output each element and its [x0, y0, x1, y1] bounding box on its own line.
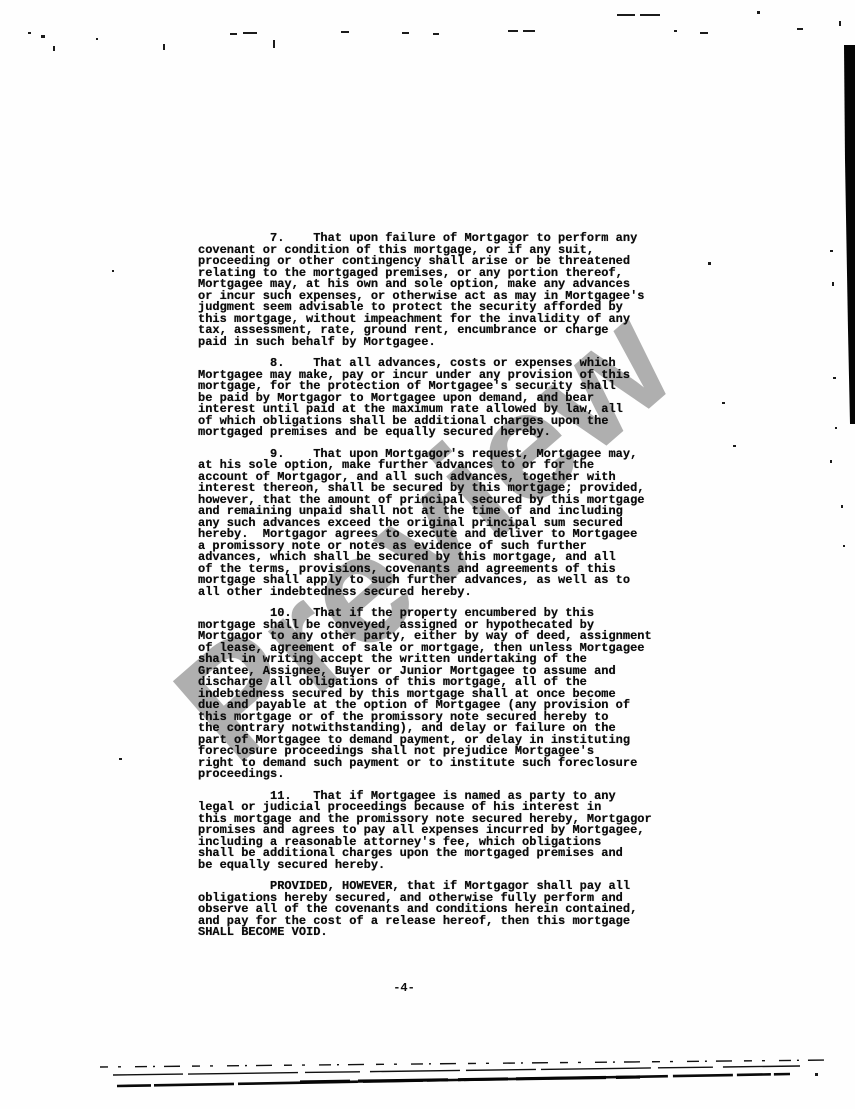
- document-text-block: 7. That upon failure of Mortgagor to per…: [198, 233, 652, 949]
- clause-8-paragraph: 8. That all advances, costs or expenses …: [198, 358, 652, 439]
- page-number: -4-: [198, 981, 610, 995]
- clause-7-paragraph: 7. That upon failure of Mortgagor to per…: [198, 233, 652, 348]
- scan-artifact: [833, 377, 836, 379]
- scan-artifact: [41, 35, 45, 38]
- scan-artifact: [708, 262, 711, 265]
- scan-artifact: [119, 758, 122, 760]
- scan-artifact: [617, 14, 635, 16]
- scan-artifact: [797, 28, 803, 30]
- scan-artifact: [112, 270, 114, 272]
- scan-artifact: [733, 445, 736, 447]
- scan-artifact: [839, 21, 841, 26]
- scan-artifact: [230, 33, 237, 35]
- scan-artifact: [700, 32, 708, 34]
- scan-artifact: [163, 44, 165, 50]
- scan-artifact: [28, 32, 31, 34]
- clause-10-paragraph: 10. That if the property encumbered by t…: [198, 608, 652, 781]
- scan-artifact: [402, 32, 409, 34]
- scan-artifact: [841, 505, 843, 508]
- scan-artifact: [508, 30, 518, 32]
- bottom-scan-line-heavy-overlay: [300, 1077, 640, 1082]
- scan-artifact: [674, 30, 677, 32]
- scan-artifact: [832, 282, 834, 286]
- bottom-scan-line-thick: [117, 1074, 790, 1086]
- scan-artifact: [341, 31, 349, 33]
- scan-artifact: [96, 38, 98, 40]
- clause-11-paragraph: 11. That if Mortgagee is named as party …: [198, 791, 652, 872]
- right-edge-scan-bar: [844, 45, 855, 424]
- scan-artifact: [835, 427, 837, 429]
- scan-artifact: [640, 14, 660, 16]
- scan-artifact: [243, 32, 257, 34]
- scan-artifact: [722, 402, 725, 404]
- provided-however-paragraph: PROVIDED, HOWEVER, that if Mortgagor sha…: [198, 881, 652, 939]
- scanned-document-page: Preview 7. That upon failure of Mortgago…: [0, 0, 855, 1109]
- scan-artifact: [757, 11, 760, 14]
- scan-artifact: [523, 30, 535, 32]
- scan-artifact: [53, 46, 55, 51]
- scan-artifact: [830, 250, 833, 252]
- scan-artifact: [843, 545, 845, 547]
- bottom-scan-line-thin: [113, 1066, 800, 1075]
- scan-artifact: [433, 33, 439, 35]
- scan-artifact: [830, 460, 832, 463]
- clause-9-paragraph: 9. That upon Mortgagor's request, Mortga…: [198, 449, 652, 599]
- scan-artifact: [273, 40, 275, 48]
- bottom-scan-line-dashes: [100, 1060, 835, 1067]
- scan-artifact: [815, 1073, 818, 1076]
